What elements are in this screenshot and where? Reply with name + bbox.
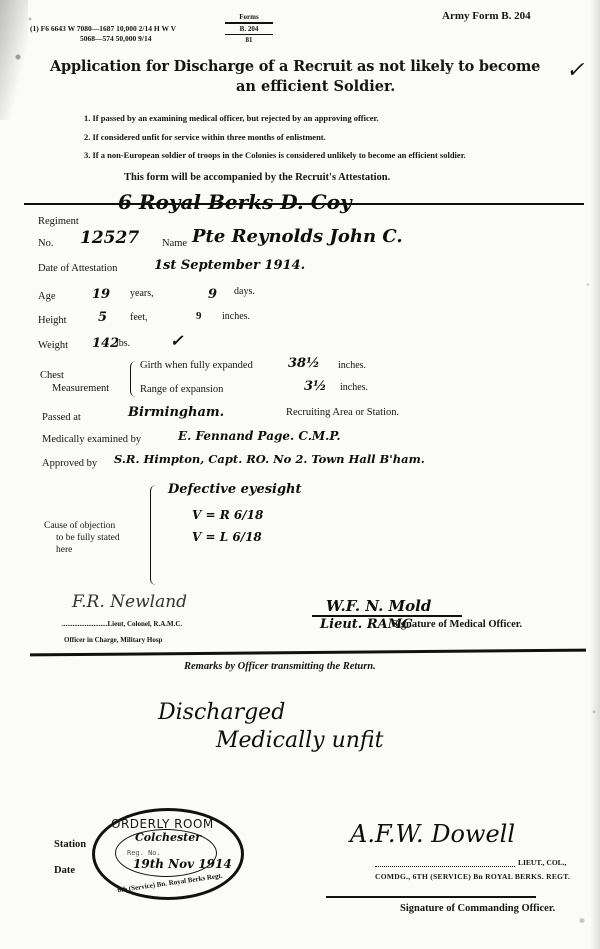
cause-label-line3: here <box>56 545 72 555</box>
age-days-unit: days. <box>234 286 255 297</box>
regiment-value[interactable]: 6 Royal Berks D. Coy <box>118 190 352 214</box>
girth-value[interactable]: 38½ <box>288 356 320 371</box>
officer-in-charge-signature: F.R. Newland <box>72 592 187 612</box>
forms-sub: 81 <box>225 36 273 44</box>
commanding-officer-unit: COMDG., 6TH (SERVICE) Bn ROYAL BERKS. RE… <box>375 872 570 881</box>
forms-label: Forms <box>225 13 273 21</box>
name-label: Name <box>162 238 187 249</box>
range-of-expansion-label: Range of expansion <box>140 384 223 395</box>
height-inches-value[interactable]: 9 <box>196 310 202 322</box>
chest-brace <box>130 361 137 397</box>
date-label: Date <box>54 865 75 876</box>
remarks-line1: Discharged <box>158 700 285 725</box>
measurement-label: Measurement <box>52 383 109 394</box>
range-of-expansion-value[interactable]: 3½ <box>304 379 327 394</box>
date-of-attestation-label: Date of Attestation <box>38 263 117 274</box>
commanding-officer-signature: A.F.W. Dowell <box>350 820 515 848</box>
stamp-reg-no: Reg. No. <box>127 849 161 857</box>
weight-label: Weight <box>38 340 68 351</box>
orderly-room-stamp: ORDERLY ROOM Colchester Reg. No. 19th No… <box>92 808 244 900</box>
divider-middle <box>30 649 586 656</box>
stamp-date-value: 19th Nov 1914 <box>133 857 232 871</box>
cause-value-line1[interactable]: Defective eyesight <box>168 482 302 497</box>
approved-by-label: Approved by <box>42 458 97 469</box>
commanding-signature-line <box>326 896 536 898</box>
stamp-station-value: Colchester <box>135 831 201 844</box>
medical-officer-label: Signature of Medical Officer. <box>392 619 522 630</box>
officer-in-charge-title: Officer in Charge, Military Hosp <box>64 636 162 644</box>
date-of-attestation-value[interactable]: 1st September 1914. <box>154 258 305 273</box>
station-label: Station <box>54 839 86 850</box>
passed-at-label: Passed at <box>42 412 81 423</box>
condition-1: 1. If passed by an examining medical off… <box>84 113 379 123</box>
medical-officer-signature: W.F. N. Mold <box>326 597 431 615</box>
remarks-line2: Medically unfit <box>216 728 383 753</box>
forms-reference: Forms B. 204 81 <box>225 13 273 44</box>
age-label: Age <box>38 291 56 302</box>
printer-code-line1: (1) F6 6643 W 7080—1687 10,000 2/14 H W … <box>30 24 176 33</box>
scan-edge-left <box>0 0 28 120</box>
range-of-expansion-unit: inches. <box>340 382 368 393</box>
remarks-heading: Remarks by Officer transmitting the Retu… <box>184 661 376 672</box>
girth-unit: inches. <box>338 360 366 371</box>
paper-texture <box>0 0 600 949</box>
chest-label: Chest <box>40 370 64 381</box>
passed-at-value[interactable]: Birmingham. <box>128 405 224 420</box>
cause-label-line1: Cause of objection <box>44 521 115 531</box>
weight-unit: lbs. <box>116 338 130 349</box>
regiment-label: Regiment <box>38 216 79 227</box>
approved-by-value[interactable]: S.R. Himpton, Capt. RO. No 2. Town Hall … <box>114 452 425 466</box>
height-label: Height <box>38 315 67 326</box>
check-mark-icon: ✓ <box>566 58 584 83</box>
age-years-value[interactable]: 19 <box>92 287 110 302</box>
number-value[interactable]: 12527 <box>80 228 139 248</box>
cause-value-line2[interactable]: V = R 6/18 <box>192 508 263 522</box>
commanding-officer-rank: LIEUT., COL., <box>518 858 566 867</box>
scan-edge-right <box>590 0 600 949</box>
girth-label: Girth when fully expanded <box>140 360 253 371</box>
age-days-value[interactable]: 9 <box>208 287 217 302</box>
cause-value-line3[interactable]: V = L 6/18 <box>192 530 262 544</box>
cause-brace <box>150 485 157 585</box>
height-inches-unit: inches. <box>222 311 250 322</box>
weight-tick-icon: ✓ <box>170 331 183 350</box>
age-years-unit: years, <box>130 288 154 299</box>
commanding-dotted-line <box>375 866 515 867</box>
recruiting-area-label: Recruiting Area or Station. <box>286 407 399 418</box>
forms-number: B. 204 <box>225 25 273 33</box>
condition-2: 2. If considered unfit for service withi… <box>84 132 326 142</box>
number-label: No. <box>38 238 53 249</box>
height-feet-unit: feet, <box>130 312 148 323</box>
form-title-line1: Application for Discharge of a Recruit a… <box>50 58 540 75</box>
medically-examined-value[interactable]: E. Fennand Page. C.M.P. <box>178 429 341 443</box>
officer-in-charge-rank: ..........................Lieut, Colonel… <box>62 620 182 628</box>
commanding-officer-label: Signature of Commanding Officer. <box>400 903 555 914</box>
attestation-note: This form will be accompanied by the Rec… <box>124 172 390 183</box>
name-value[interactable]: Pte Reynolds John C. <box>192 226 403 247</box>
form-title-line2: an efficient Soldier. <box>236 78 395 95</box>
height-feet-value[interactable]: 5 <box>98 310 107 325</box>
form-id: Army Form B. 204 <box>442 10 531 22</box>
printer-code-line2: 5068—574 50,000 9/14 <box>80 34 151 43</box>
condition-3: 3. If a non-European soldier of troops i… <box>84 150 466 160</box>
medically-examined-label: Medically examined by <box>42 434 141 445</box>
cause-label-line2: to be fully stated <box>56 533 120 543</box>
